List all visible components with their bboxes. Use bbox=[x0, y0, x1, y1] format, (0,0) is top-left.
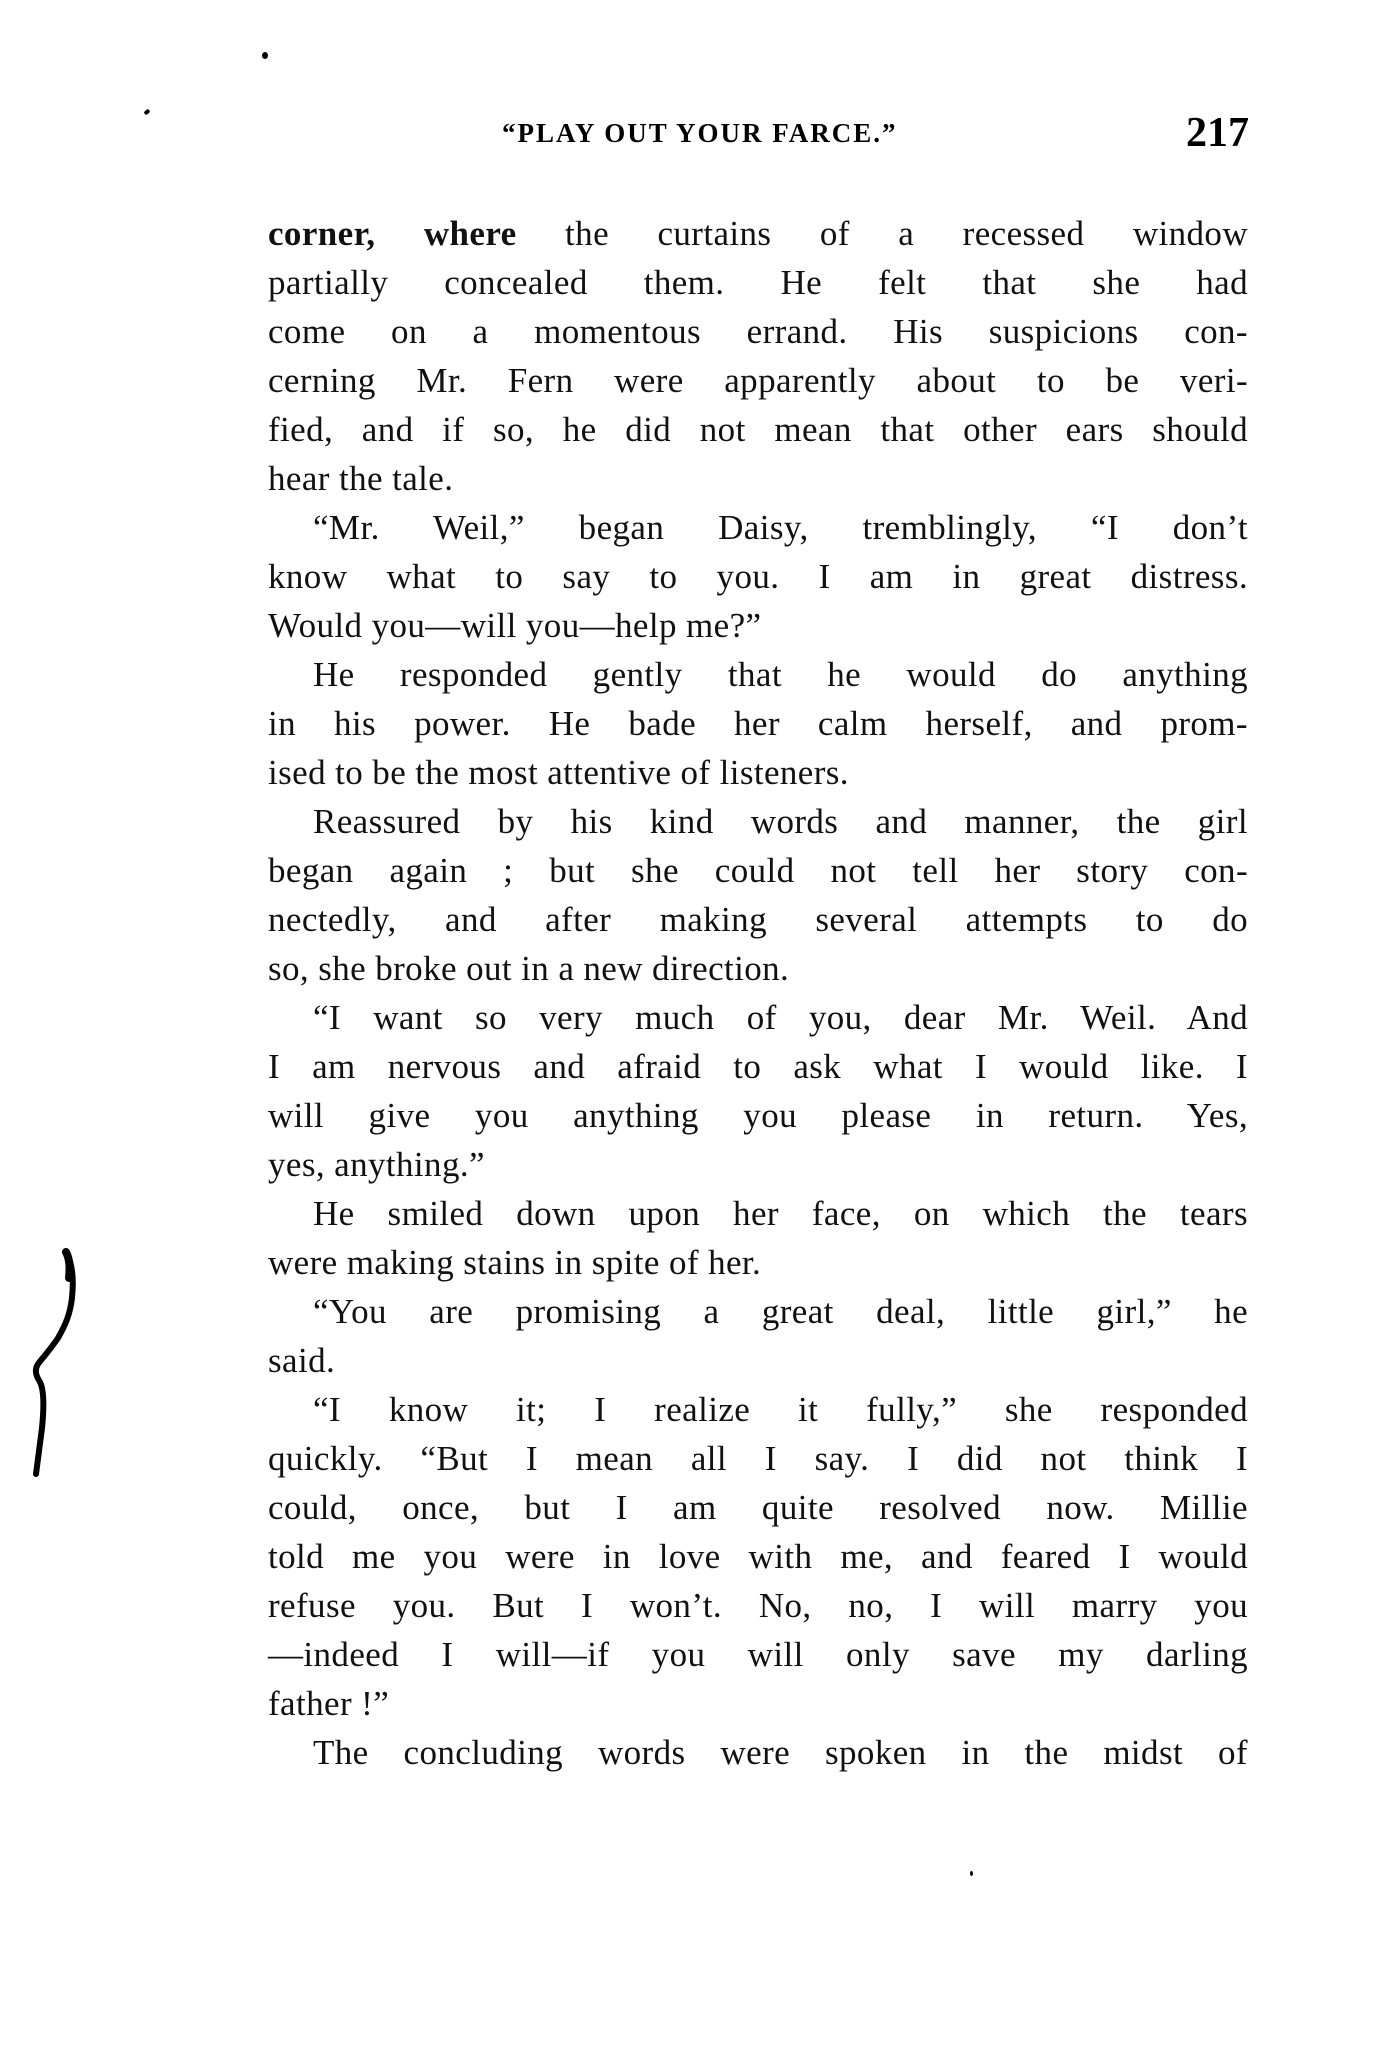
text-line: father !” bbox=[268, 1679, 1248, 1728]
running-head-title: “PLAY OUT YOUR FARCE.” bbox=[502, 118, 898, 149]
text-line: corner, where the curtains of a recessed… bbox=[268, 209, 1248, 258]
text-line: He smiled down upon her face, on which t… bbox=[268, 1189, 1248, 1238]
text-line: Reassured by his kind words and manner, … bbox=[268, 797, 1248, 846]
text-line: The concluding words were spoken in the … bbox=[268, 1728, 1248, 1777]
text-line: come on a momentous errand. His suspicio… bbox=[268, 307, 1248, 356]
text-line: “I know it; I realize it fully,” she res… bbox=[268, 1385, 1248, 1434]
text-line: “You are promising a great deal, little … bbox=[268, 1287, 1248, 1336]
scan-speck bbox=[262, 52, 268, 59]
text-line: refuse you. But I won’t. No, no, I will … bbox=[268, 1581, 1248, 1630]
text-line: I am nervous and afraid to ask what I wo… bbox=[268, 1042, 1248, 1091]
text-line: cerning Mr. Fern were apparently about t… bbox=[268, 356, 1248, 405]
text-line: yes, anything.” bbox=[268, 1140, 1248, 1189]
text-line: hear the tale. bbox=[268, 454, 1248, 503]
margin-bracket-mark bbox=[14, 1248, 84, 1488]
text-line: know what to say to you. I am in great d… bbox=[268, 552, 1248, 601]
bold-lead-in: corner, where bbox=[268, 214, 517, 253]
page-number: 217 bbox=[1186, 109, 1249, 157]
text-line: quickly. “But I mean all I say. I did no… bbox=[268, 1434, 1248, 1483]
body-text: corner, where the curtains of a recessed… bbox=[268, 209, 1248, 1777]
text-line: said. bbox=[268, 1336, 1248, 1385]
text-line: ised to be the most attentive of listene… bbox=[268, 748, 1248, 797]
text-line: in his power. He bade her calm herself, … bbox=[268, 699, 1248, 748]
text-line: partially concealed them. He felt that s… bbox=[268, 258, 1248, 307]
text-line: “Mr. Weil,” began Daisy, tremblingly, “I… bbox=[268, 503, 1248, 552]
text-line: could, once, but I am quite resolved now… bbox=[268, 1483, 1248, 1532]
text-line: began again ; but she could not tell her… bbox=[268, 846, 1248, 895]
scan-speck bbox=[970, 1871, 973, 1876]
text-line: “I want so very much of you, dear Mr. We… bbox=[268, 993, 1248, 1042]
text-line: will give you anything you please in ret… bbox=[268, 1091, 1248, 1140]
book-page: “PLAY OUT YOUR FARCE.” 217 corner, where… bbox=[0, 0, 1384, 2047]
text-line: were making stains in spite of her. bbox=[268, 1238, 1248, 1287]
text-line: fied, and if so, he did not mean that ot… bbox=[268, 405, 1248, 454]
text-line: nectedly, and after making several attem… bbox=[268, 895, 1248, 944]
text-line: He responded gently that he would do any… bbox=[268, 650, 1248, 699]
text-line: so, she broke out in a new direction. bbox=[268, 944, 1248, 993]
scan-speck bbox=[143, 109, 150, 116]
text-line: Would you—will you—help me?” bbox=[268, 601, 1248, 650]
text-line: —indeed I will—if you will only save my … bbox=[268, 1630, 1248, 1679]
text-line: told me you were in love with me, and fe… bbox=[268, 1532, 1248, 1581]
